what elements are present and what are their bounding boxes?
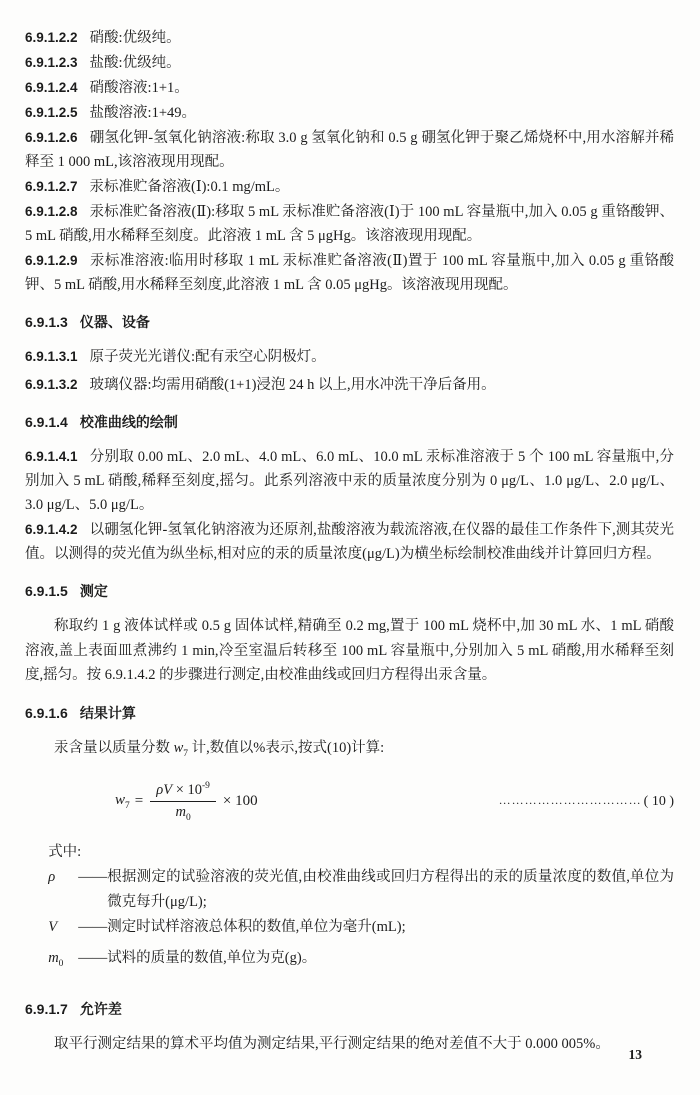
times-ten: × 10 [172,782,202,798]
definition-text: 试料的质量的数值,单位为克(g)。 [107,946,674,977]
clause-number: 6.9.1.4.1 [25,449,78,464]
clause-reagent: 6.9.1.2.2硝酸:优级纯。 [25,26,674,50]
definition-symbol: ρ [48,865,78,915]
where-label: 式中: [48,840,674,865]
section-heading-calibration: 6.9.1.4校准曲线的绘制 [25,412,674,432]
clause-text: 分别取 0.00 mL、2.0 mL、4.0 mL、6.0 mL、10.0 mL… [25,449,674,513]
v-symbol: V [163,782,172,798]
clause-number: 6.9.1.2.6 [25,130,78,145]
determination-paragraph: 称取约 1 g 液体试样或 0.5 g 固体试样,精确至 0.2 mg,置于 1… [25,614,674,688]
clause-number: 6.9.1.4.2 [25,522,78,537]
clause-number: 6.9.1.2.2 [25,30,78,45]
section-title: 测定 [80,583,108,599]
formula-row: w7 = ρV × 10-9 m0 × 100 …………………………… ( 10… [25,776,674,828]
equation-tail: …………………………… ( 10 ) [499,794,674,810]
clause-reagent: 6.9.1.2.9汞标准溶液:临用时移取 1 mL 汞标准贮备溶液(Ⅱ)置于 1… [25,249,674,297]
definition-dash: —— [78,915,107,946]
w-symbol: w [174,740,184,756]
clause-text: 原子荧光光谱仪:配有汞空心阴极灯。 [90,349,326,365]
result-intro-pre: 汞含量以质量分数 [54,740,174,756]
m-symbol: m [175,804,185,820]
section-heading-tolerance: 6.9.1.7允许差 [25,999,674,1019]
clause-number: 6.9.1.2.5 [25,105,78,120]
clause-text: 汞标准溶液:临用时移取 1 mL 汞标准贮备溶液(Ⅱ)置于 100 mL 容量瓶… [25,253,674,293]
section-heading-result: 6.9.1.6结果计算 [25,703,674,723]
section-title: 结果计算 [80,705,136,721]
section-number: 6.9.1.7 [25,1001,68,1017]
clause-calibration: 6.9.1.4.1分别取 0.00 mL、2.0 mL、4.0 mL、6.0 m… [25,445,674,517]
formula-equation: w7 = ρV × 10-9 m0 × 100 [115,781,258,823]
formula-lhs-sub: 7 [125,801,130,811]
formula-lhs: w [115,792,125,808]
definition-rho: ρ —— 根据测定的试验溶液的荧光值,由校准曲线或回归方程得出的汞的质量浓度的数… [48,865,674,915]
clause-text: 硝酸:优级纯。 [90,30,181,46]
dotted-leader: …………………………… [499,793,642,808]
definition-dash: —— [78,946,107,977]
fraction-denominator: m0 [150,802,216,823]
section-title: 仪器、设备 [80,314,150,330]
definition-v: V —— 测定时试样溶液总体积的数值,单位为毫升(mL); [48,915,674,946]
tolerance-paragraph: 取平行测定结果的算术平均值为测定结果,平行测定结果的绝对差值不大于 0.000 … [25,1032,674,1057]
section-number: 6.9.1.6 [25,705,68,721]
equals-sign: = [135,793,143,810]
section-number: 6.9.1.5 [25,583,68,599]
clause-number: 6.9.1.2.3 [25,55,78,70]
result-intro: 汞含量以质量分数 w7 计,数值以%表示,按式(10)计算: [25,736,674,766]
definition-symbol: m0 [48,946,78,977]
clause-number: 6.9.1.2.7 [25,179,78,194]
clause-reagent: 6.9.1.2.8汞标准贮备溶液(Ⅱ):移取 5 mL 汞标准贮备溶液(Ⅰ)于 … [25,200,674,248]
clause-reagent: 6.9.1.2.4硝酸溶液:1+1。 [25,76,674,100]
times-100: × 100 [223,793,258,810]
section-title: 校准曲线的绘制 [80,414,178,430]
section-number: 6.9.1.3 [25,314,68,330]
clause-text: 硝酸溶液:1+1。 [90,80,189,96]
document-page: 6.9.1.2.2硝酸:优级纯。 6.9.1.2.3盐酸:优级纯。 6.9.1.… [0,0,700,1095]
section-number: 6.9.1.4 [25,414,68,430]
clause-number: 6.9.1.2.9 [25,253,78,268]
clause-apparatus: 6.9.1.3.2玻璃仪器:均需用硝酸(1+1)浸泡 24 h 以上,用水冲洗干… [25,373,674,397]
clause-text: 汞标准贮备溶液(Ⅰ):0.1 mg/mL。 [90,179,290,195]
section-heading-apparatus: 6.9.1.3仪器、设备 [25,312,674,332]
section-heading-determination: 6.9.1.5测定 [25,581,674,601]
exponent: -9 [202,781,210,791]
result-intro-post: 计,数值以%表示,按式(10)计算: [188,740,384,756]
clause-number: 6.9.1.3.1 [25,349,78,364]
clause-text: 盐酸:优级纯。 [90,55,181,71]
formula-fraction: ρV × 10-9 m0 [150,781,216,823]
fraction-numerator: ρV × 10-9 [150,781,216,802]
clause-calibration: 6.9.1.4.2以硼氢化钾-氢氧化钠溶液为还原剂,盐酸溶液为载流溶液,在仪器的… [25,518,674,566]
clause-reagent: 6.9.1.2.5盐酸溶液:1+49。 [25,101,674,125]
clause-number: 6.9.1.2.4 [25,80,78,95]
clause-reagent: 6.9.1.2.6硼氢化钾-氢氧化钠溶液:称取 3.0 g 氢氧化钠和 0.5 … [25,126,674,174]
clause-number: 6.9.1.2.8 [25,204,78,219]
section-title: 允许差 [80,1001,122,1017]
clause-text: 硼氢化钾-氢氧化钠溶液:称取 3.0 g 氢氧化钠和 0.5 g 硼氢化钾于聚乙… [25,130,674,170]
clause-text: 玻璃仪器:均需用硝酸(1+1)浸泡 24 h 以上,用水冲洗干净后备用。 [90,377,496,393]
clause-number: 6.9.1.3.2 [25,377,78,392]
clause-text: 盐酸溶液:1+49。 [90,105,196,121]
definition-text: 测定时试样溶液总体积的数值,单位为毫升(mL); [107,915,674,946]
definition-symbol: V [48,915,78,946]
definition-text: 根据测定的试验溶液的荧光值,由校准曲线或回归方程得出的汞的质量浓度的数值,单位为… [107,865,674,915]
clause-reagent: 6.9.1.2.7汞标准贮备溶液(Ⅰ):0.1 mg/mL。 [25,175,674,199]
clause-reagent: 6.9.1.2.3盐酸:优级纯。 [25,51,674,75]
definition-m0: m0 —— 试料的质量的数值,单位为克(g)。 [48,946,674,977]
clause-text: 汞标准贮备溶液(Ⅱ):移取 5 mL 汞标准贮备溶液(Ⅰ)于 100 mL 容量… [25,204,674,244]
equation-number: ( 10 ) [644,794,674,810]
clause-apparatus: 6.9.1.3.1原子荧光光谱仪:配有汞空心阴极灯。 [25,345,674,369]
clause-text: 以硼氢化钾-氢氧化钠溶液为还原剂,盐酸溶液为载流溶液,在仪器的最佳工作条件下,测… [25,522,674,562]
page-number: 13 [629,1047,643,1063]
m-subscript: 0 [186,813,191,823]
definition-dash: —— [78,865,107,915]
